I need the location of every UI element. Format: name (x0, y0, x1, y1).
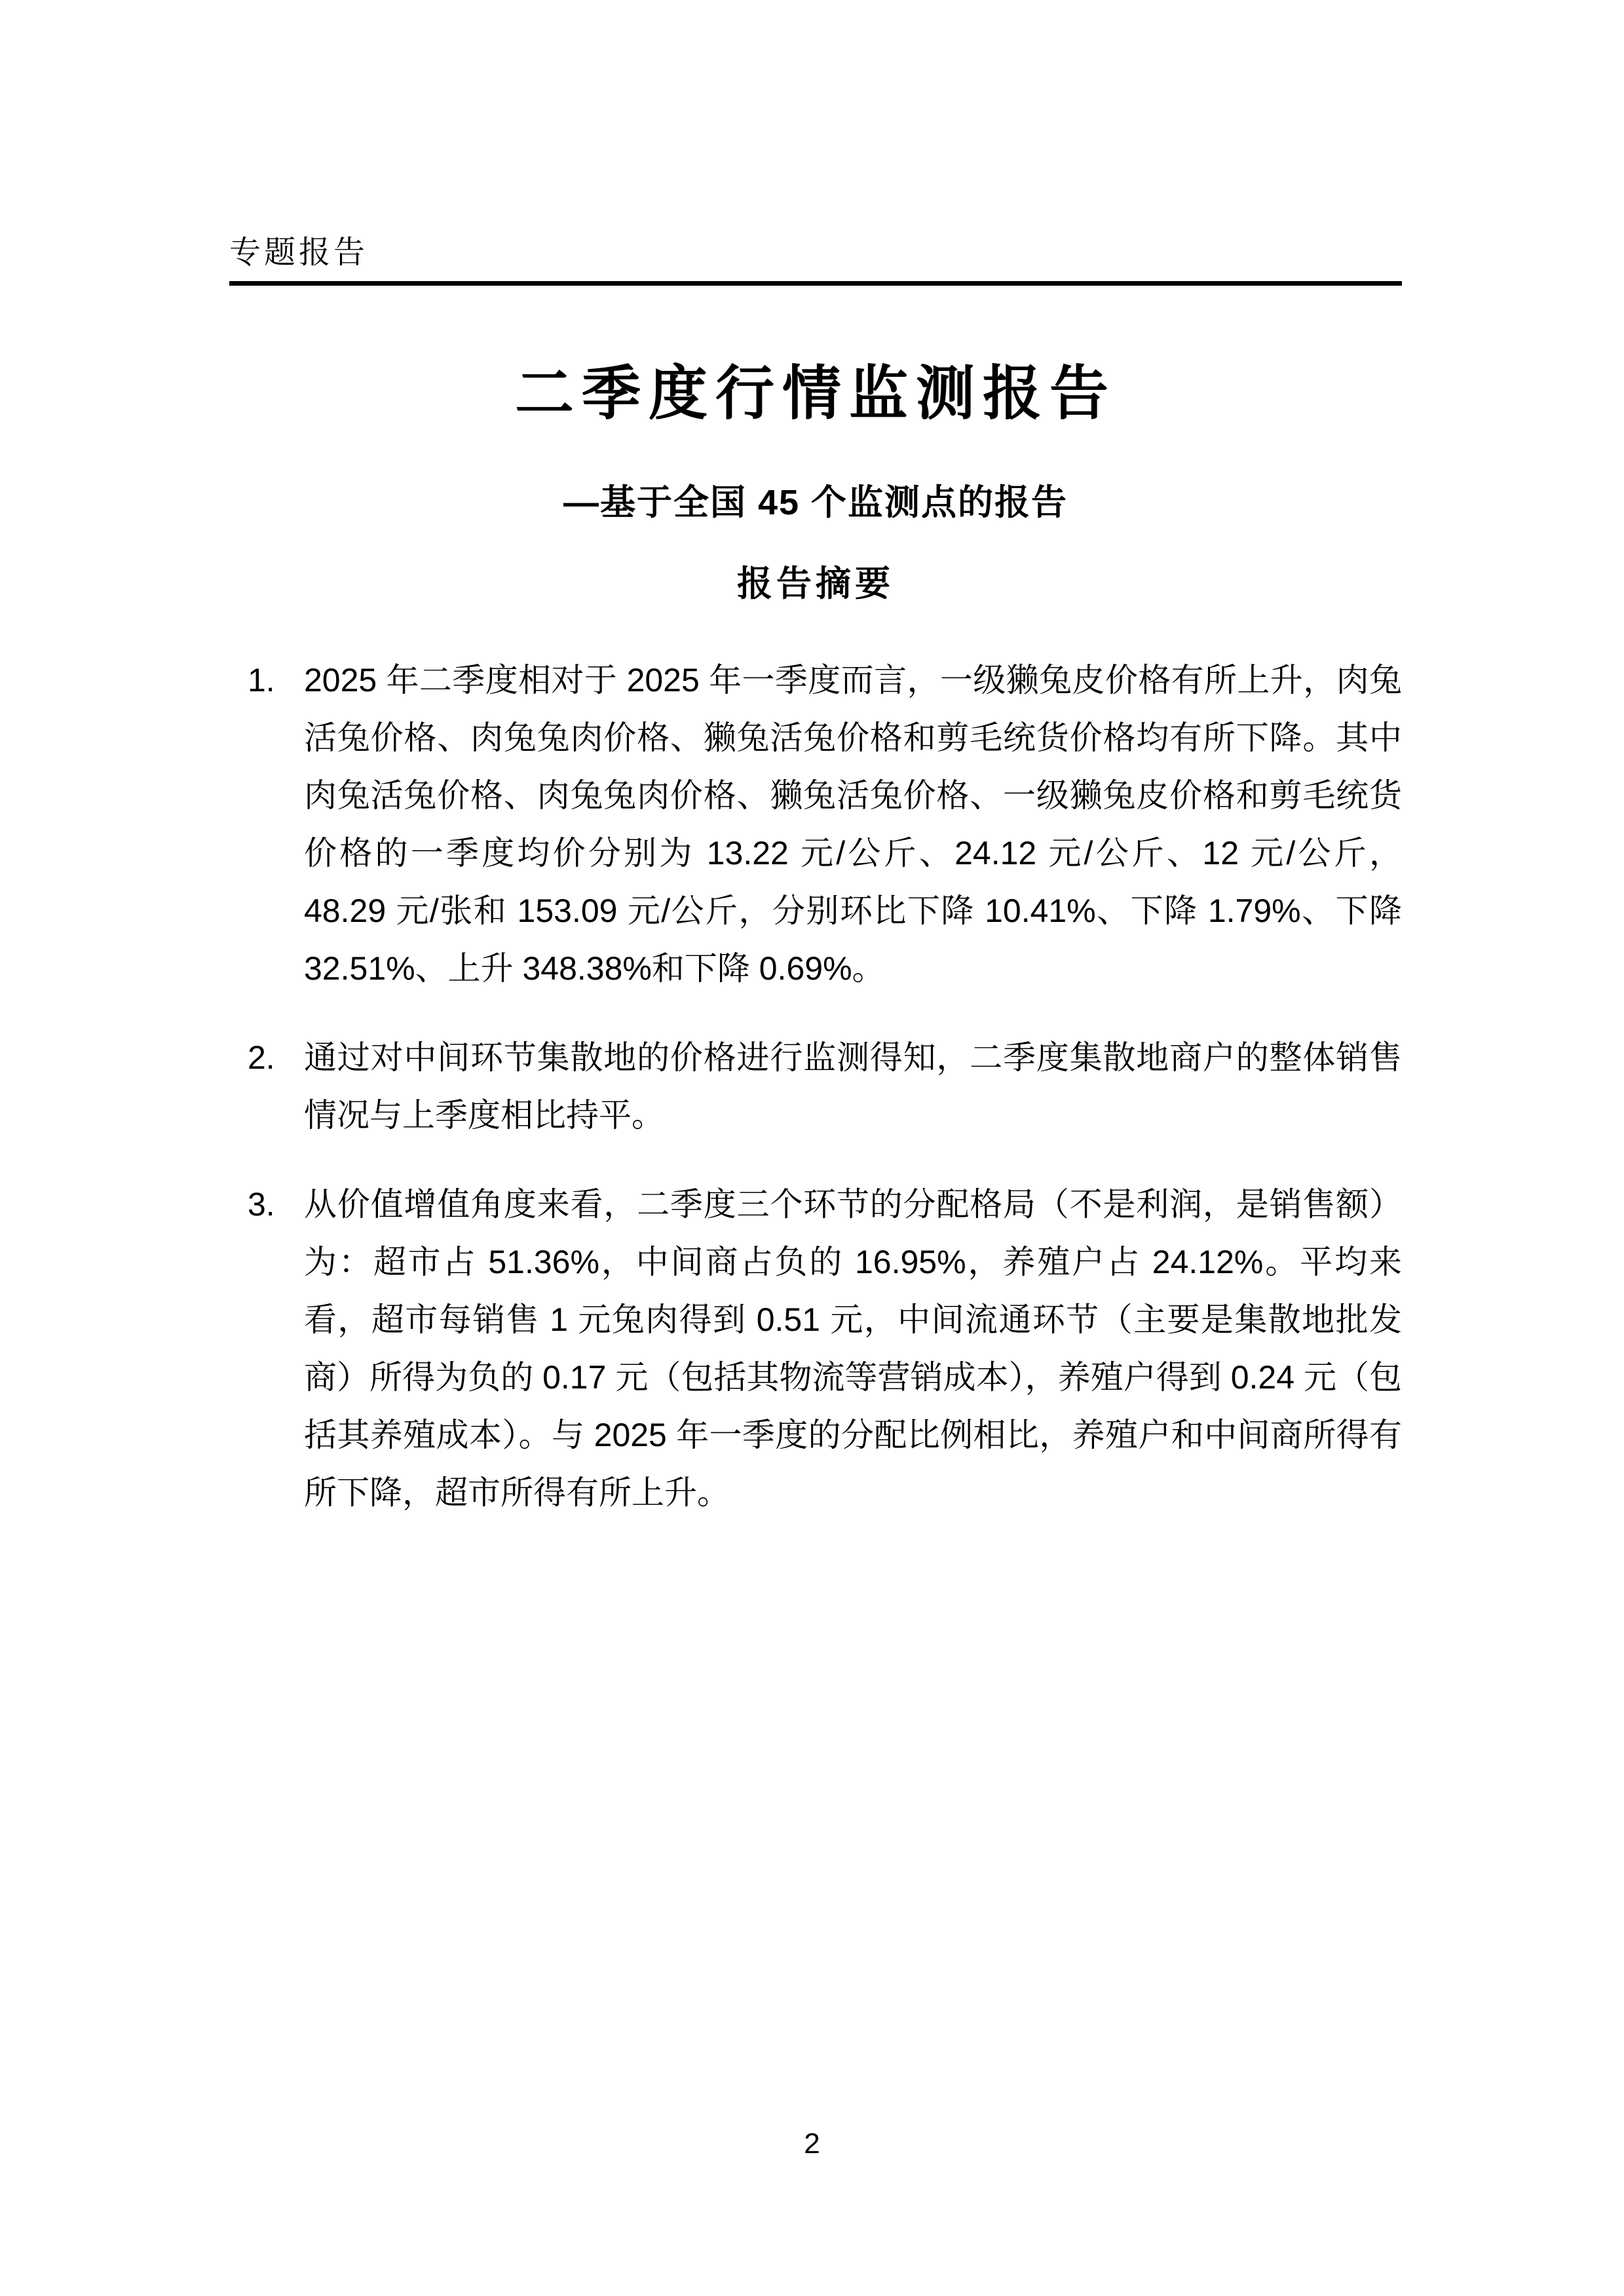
list-item-number: 2. (229, 1029, 304, 1086)
report-subtitle: —基于全国 45 个监测点的报告 (229, 485, 1402, 520)
list-item-number: 1. (229, 651, 304, 709)
list-item-text: 从价值增值角度来看，二季度三个环节的分配格局（不是利润，是销售额）为：超市占 5… (304, 1176, 1402, 1521)
summary-list: 1. 2025 年二季度相对于 2025 年一季度而言，一级獭兔皮价格有所上升，… (229, 651, 1402, 1521)
page-content: 专题报告 二季度行情监测报告 —基于全国 45 个监测点的报告 报告摘要 1. … (229, 0, 1402, 1521)
list-item: 2. 通过对中间环节集散地的价格进行监测得知，二季度集散地商户的整体销售情况与上… (229, 1029, 1402, 1144)
report-title: 二季度行情监测报告 (229, 364, 1402, 423)
list-item-text: 2025 年二季度相对于 2025 年一季度而言，一级獭兔皮价格有所上升，肉兔活… (304, 651, 1402, 997)
list-item: 1. 2025 年二季度相对于 2025 年一季度而言，一级獭兔皮价格有所上升，… (229, 651, 1402, 997)
page-number: 2 (0, 2128, 1624, 2160)
running-header: 专题报告 (229, 235, 1402, 286)
document-page: 专题报告 二季度行情监测报告 —基于全国 45 个监测点的报告 报告摘要 1. … (0, 0, 1624, 2296)
section-heading-summary: 报告摘要 (229, 566, 1402, 602)
list-item: 3. 从价值增值角度来看，二季度三个环节的分配格局（不是利润，是销售额）为：超市… (229, 1176, 1402, 1521)
list-item-text: 通过对中间环节集散地的价格进行监测得知，二季度集散地商户的整体销售情况与上季度相… (304, 1029, 1402, 1144)
list-item-number: 3. (229, 1176, 304, 1233)
